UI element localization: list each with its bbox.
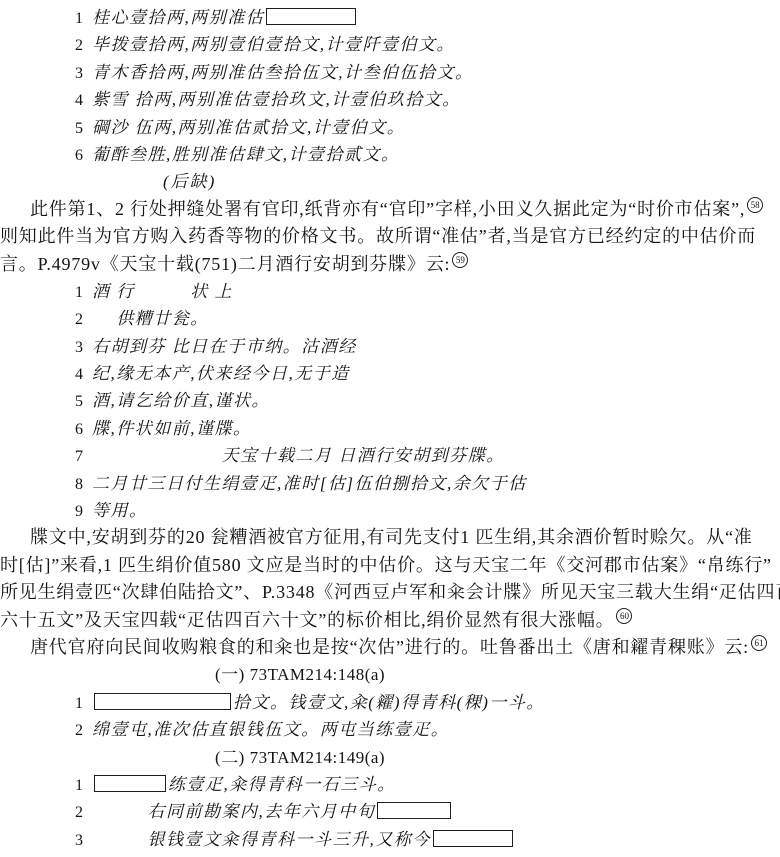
doc-line-text: 紫雪 拾两,两别准估壹拾玖文,计壹伯玖拾文。	[92, 90, 461, 109]
footnote-ref: 59	[452, 252, 468, 268]
doc-line-number: 4	[75, 361, 92, 388]
doc-line-number: 6	[75, 142, 92, 169]
petition-doc-line-7: 7 天宝十载二月 日酒行安胡到芬牒。	[0, 442, 780, 469]
grain-doc2-line-1: 1练壹疋,籴得青科一石三斗。	[0, 771, 780, 798]
grain-doc1-line-1: 1拾文。钱壹文,籴(糴)得青科(稞)一斗。	[0, 689, 780, 716]
paragraph-line: 此件第1、2 行处押缝处署有官印,纸背亦有“官印”字样,小田义久据此定为“时价市…	[0, 196, 780, 223]
price-doc-line-5: 5碙沙 伍两,两别准估贰拾文,计壹伯文。	[0, 114, 780, 141]
doc-line-number: 5	[75, 115, 92, 142]
grain-doc2-line-3: 3 银钱壹文籴得青科一斗三升,又称今	[0, 826, 780, 853]
doc-line-number: 1	[75, 5, 92, 32]
lacuna-box	[266, 8, 356, 25]
doc-line-text: 酒 行 状 上	[92, 282, 233, 301]
doc-line-number: 9	[75, 498, 92, 525]
doc-line-text: 桂心壹拾两,两别准估	[92, 8, 264, 27]
doc-line-text: 练壹疋,籴得青科一石三斗。	[168, 775, 396, 794]
lacuna-box	[94, 693, 231, 710]
doc-line-number: 2	[75, 32, 92, 59]
doc-line-text: 青木香拾两,两别准估叁拾伍文,计叁伯伍拾文。	[92, 63, 474, 82]
doc-line-number: 3	[75, 60, 92, 87]
doc-line-text: 酒,请乞给价直,谨状。	[92, 391, 270, 410]
doc-line-number: 3	[75, 827, 92, 854]
petition-doc-line-5: 5酒,请乞给价直,谨状。	[0, 387, 780, 414]
petition-doc-line-1: 1酒 行 状 上	[0, 278, 780, 305]
paragraph-line: 唐代官府向民间收购粮食的和籴也是按“次估”进行的。吐鲁番出土《唐和糴青稞账》云:…	[0, 634, 780, 661]
lacuna-box	[377, 802, 451, 819]
price-doc-line-3: 3青木香拾两,两别准估叁拾伍文,计叁伯伍拾文。	[0, 59, 780, 86]
doc-line-number: 1	[75, 690, 92, 717]
doc-line-number: 2	[75, 799, 92, 826]
doc-line-number: 4	[75, 87, 92, 114]
price-doc-line-1: 1桂心壹拾两,两别准估	[0, 4, 780, 31]
petition-doc-line-9: 9等用。	[0, 497, 780, 524]
doc-line-text: 葡酢叁胜,胜别准估肆文,计壹拾贰文。	[92, 145, 400, 164]
doc-line-number: 1	[75, 279, 92, 306]
price-doc-line-4: 4紫雪 拾两,两别准估壹拾玖文,计壹伯玖拾文。	[0, 86, 780, 113]
paragraph-line: 牒文中,安胡到芬的20 瓮糟酒被官方征用,有司先支付1 匹生绢,其余酒价暂时赊欠…	[0, 524, 780, 551]
grain-doc2-line-2: 2 右同前勘案内,去年六月中旬	[0, 798, 780, 825]
doc-line-number: 8	[75, 471, 92, 498]
petition-doc-line-4: 4纪,缘无本产,伏来经今日,无于造	[0, 360, 780, 387]
doc-line-text: 绵壹屯,准次估直银钱伍文。两屯当练壹疋。	[92, 720, 449, 739]
scanned-book-page: 1桂心壹拾两,两别准估 2毕拨壹拾两,两别壹伯壹拾文,计壹阡壹伯文。 3青木香拾…	[0, 0, 780, 857]
doc-line-number: 1	[75, 772, 92, 799]
doc-line-number: 5	[75, 388, 92, 415]
paragraph-line: 时[估]”来看,1 匹生绢价值580 文应是当时的中估价。这与天宝二年《交河郡市…	[0, 552, 780, 579]
doc-line-text: 毕拨壹拾两,两别壹伯壹拾文,计壹阡壹伯文。	[92, 35, 455, 54]
doc-line-text: 右同前勘案内,去年六月中旬	[92, 802, 375, 821]
doc-line-text: 拾文。钱壹文,籴(糴)得青科(稞)一斗。	[233, 693, 545, 712]
doc-line-number: 6	[75, 416, 92, 443]
grain-doc1-line-2: 2绵壹屯,准次估直银钱伍文。两屯当练壹疋。	[0, 716, 780, 743]
petition-doc-line-3: 3右胡到芬 比日在于市纳。沽酒经	[0, 333, 780, 360]
doc-line-text: 二月廿三日付生绢壹疋,准时[估]伍伯捌拾文,余欠于估	[92, 474, 527, 493]
paragraph-line: 所见生绢壹匹“次肆伯陆拾文”、P.3348《河西豆卢军和籴会计牒》所见天宝三载大…	[0, 579, 780, 606]
doc-line-number: 3	[75, 334, 92, 361]
doc-line-text: 天宝十载二月 日酒行安胡到芬牒。	[92, 446, 505, 465]
doc-line-text: 银钱壹文籴得青科一斗三升,又称今	[92, 830, 431, 849]
lacuna-box	[433, 830, 513, 847]
footnote-ref: 61	[751, 635, 767, 651]
doc-line-number: 2	[75, 306, 92, 333]
paragraph-line: 六十五文”及天宝四载“疋估四百六十文”的标价相比,绢价显然有很大涨幅。60	[0, 607, 780, 634]
doc-line-number: 7	[75, 443, 92, 470]
doc-line-text: 右胡到芬 比日在于市纳。沽酒经	[92, 337, 357, 356]
footnote-ref: 60	[616, 608, 632, 624]
doc-line-text: 供糟廿瓮。	[92, 309, 209, 328]
price-doc-line-2: 2毕拨壹拾两,两别壹伯壹拾文,计壹阡壹伯文。	[0, 31, 780, 58]
lacuna-end-note: (后缺)	[0, 168, 780, 195]
doc-line-text: 等用。	[92, 501, 148, 520]
paragraph-line: 则知此件当为官方购入药香等物的价格文书。故所谓“准估”者,当是官方已经约定的中估…	[0, 223, 780, 250]
petition-doc-line-2: 2 供糟廿瓮。	[0, 305, 780, 332]
doc-line-text: 纪,缘无本产,伏来经今日,无于造	[92, 364, 350, 383]
footnote-ref: 58	[747, 197, 763, 213]
lacuna-box	[94, 775, 166, 792]
section-header-doc1: (一) 73TAM214:148(a)	[0, 661, 780, 688]
paragraph-line: 言。P.4979v《天宝十载(751)二月酒行安胡到芬牒》云:59	[0, 251, 780, 278]
section-header-doc2: (二) 73TAM214:149(a)	[0, 744, 780, 771]
doc-line-text: 牒,件状如前,谨牒。	[92, 419, 252, 438]
petition-doc-line-8: 8二月廿三日付生绢壹疋,准时[估]伍伯捌拾文,余欠于估	[0, 470, 780, 497]
doc-line-text: 碙沙 伍两,两别准估贰拾文,计壹伯文。	[92, 118, 405, 137]
doc-line-number: 2	[75, 717, 92, 744]
price-doc-line-6: 6葡酢叁胜,胜别准估肆文,计壹拾贰文。	[0, 141, 780, 168]
petition-doc-line-6: 6牒,件状如前,谨牒。	[0, 415, 780, 442]
